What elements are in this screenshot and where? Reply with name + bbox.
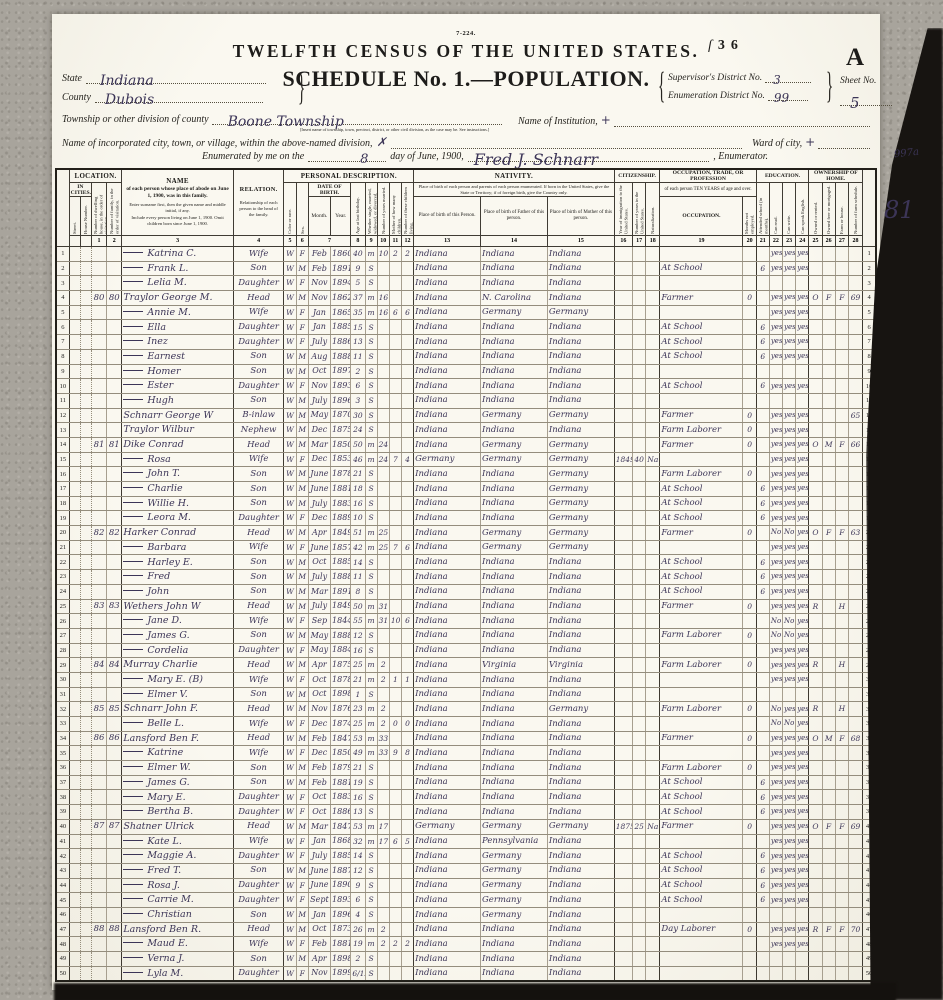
immigration-year: [614, 834, 632, 849]
street-cell: [69, 643, 80, 658]
age: 5: [351, 276, 365, 291]
can-speak-english: yes: [796, 496, 809, 511]
relation: Wife: [233, 540, 284, 555]
occupation: [660, 952, 743, 967]
marital-status: m: [365, 731, 377, 746]
children-living: [401, 423, 413, 438]
mother-of-how-many-children: [389, 819, 401, 834]
farm-or-house: [835, 349, 848, 364]
birth-year: 1889: [331, 511, 351, 526]
line-number-left: 8: [56, 349, 69, 364]
age: 4: [351, 907, 365, 922]
can-read: yes: [769, 247, 782, 262]
farm-or-house: [835, 335, 848, 350]
house-number-cell: [80, 966, 91, 981]
birth-month: Jan: [308, 305, 330, 320]
ditto-dash: [123, 942, 143, 943]
years-in-us-label: Number of years in the United States.: [634, 185, 645, 234]
person-name: Lelia M.: [122, 276, 233, 291]
can-read: yes: [769, 643, 782, 658]
owned-free-or-mortgaged: F: [822, 526, 835, 541]
place-of-birth: Indiana: [414, 687, 481, 702]
family-number: [107, 614, 122, 629]
dwelling-number: [91, 849, 106, 864]
line-number-left: 29: [56, 658, 69, 673]
can-read-label: Can read.: [773, 185, 778, 234]
mother-birthplace: Indiana: [547, 393, 614, 408]
father-birthplace: Germany: [481, 437, 548, 452]
naturalization-label: Naturalization.: [650, 185, 655, 234]
owned-or-rented: [809, 276, 822, 291]
months-not-employed: 0: [743, 761, 756, 776]
dwelling-number: [91, 570, 106, 585]
family-number: [107, 790, 122, 805]
relation: Daughter: [233, 893, 284, 908]
sex: M: [296, 819, 308, 834]
can-speak-english: yes: [796, 819, 809, 834]
can-write: [783, 966, 796, 981]
occupation: [660, 672, 743, 687]
relation: Son: [233, 570, 284, 585]
farm-schedule-number: [848, 320, 862, 335]
owned-or-rented: [809, 672, 822, 687]
naturalization: [646, 540, 660, 555]
naturalization: Na: [646, 819, 660, 834]
mother-of-how-many-children: 9: [389, 746, 401, 761]
sex: M: [296, 364, 308, 379]
street-cell: [69, 687, 80, 702]
column-number: 24: [796, 236, 809, 247]
place-of-birth: Indiana: [414, 746, 481, 761]
children-living: [401, 291, 413, 306]
can-write: yes: [783, 247, 796, 262]
children-living: [401, 570, 413, 585]
stamp-mark: ſ: [708, 38, 718, 53]
children-living: 2: [401, 247, 413, 262]
father-birthplace: Indiana: [481, 349, 548, 364]
farm-schedule-number: [848, 907, 862, 922]
sheet-no-label: Sheet No.: [840, 76, 876, 86]
farm-schedule-number: 65: [848, 408, 862, 423]
attended-school-months: [756, 819, 769, 834]
census-row: 26Jane D.WifeWFSep184455m31106IndianaInd…: [56, 614, 876, 629]
farm-schedule-number: [848, 893, 862, 908]
years-married: [377, 966, 389, 981]
occupation: [660, 717, 743, 732]
birth-year: 1885: [331, 320, 351, 335]
dwelling-number: [91, 423, 106, 438]
children-living: [401, 863, 413, 878]
sex: M: [296, 467, 308, 482]
farm-schedule-number: [848, 937, 862, 952]
census-row: 45Carrie M.DaughterWFSept18936SIndianaGe…: [56, 893, 876, 908]
can-read: yes: [769, 775, 782, 790]
pob-mother-header: Place of birth of Mother of this person.: [547, 197, 614, 236]
marital-status: S: [365, 276, 377, 291]
marital-status: S: [365, 467, 377, 482]
line-number-left: 30: [56, 672, 69, 687]
mother-of-how-many-children: [389, 291, 401, 306]
census-row: 27James G.SonWMMay188812SIndianaIndianaI…: [56, 628, 876, 643]
months-not-employed: [743, 335, 756, 350]
relation: Son: [233, 555, 284, 570]
farm-or-house: [835, 467, 848, 482]
birth-year: 1898: [331, 952, 351, 967]
birth-year: 1881: [331, 775, 351, 790]
column-number: 17: [633, 236, 646, 247]
can-speak-english: yes: [796, 555, 809, 570]
mother-birthplace: Indiana: [547, 687, 614, 702]
line-number-left: 32: [56, 702, 69, 717]
street-cell: [69, 437, 80, 452]
owned-free-or-mortgaged: [822, 511, 835, 526]
mother-of-how-many-children: [389, 320, 401, 335]
mother-of-children-label: Mother of how many children.: [391, 185, 402, 234]
farm-schedule-number: [848, 599, 862, 614]
birth-year: 1865: [331, 305, 351, 320]
mother-of-how-many-children: [389, 687, 401, 702]
house-number-cell: [80, 584, 91, 599]
children-living: [401, 496, 413, 511]
person-name: Kate L.: [122, 834, 233, 849]
mother-of-how-many-children: [389, 761, 401, 776]
house-number-cell: [80, 614, 91, 629]
ditto-dash: [123, 898, 143, 899]
sex: M: [296, 408, 308, 423]
column-number: 22: [769, 236, 782, 247]
family-number: [107, 482, 122, 497]
family-number: [107, 335, 122, 350]
immigration-year: [614, 746, 632, 761]
sex: F: [296, 614, 308, 629]
attended-school-months: 6: [756, 790, 769, 805]
street-cell: [69, 952, 80, 967]
mother-of-how-many-children: 2: [389, 247, 401, 262]
can-speak-english: yes: [796, 775, 809, 790]
farm-schedule-number: [848, 805, 862, 820]
can-read: yes: [769, 731, 782, 746]
street-cell: [69, 496, 80, 511]
birth-month: Aug: [308, 349, 330, 364]
months-not-employed: [743, 364, 756, 379]
months-not-employed: [743, 907, 756, 922]
children-living: [401, 790, 413, 805]
age: 13: [351, 335, 365, 350]
years-in-us: [633, 614, 646, 629]
family-number: [107, 746, 122, 761]
naturalization: [646, 966, 660, 981]
owned-or-rented: [809, 247, 822, 262]
street-cell: [69, 966, 80, 981]
ditto-dash: [123, 399, 143, 400]
age: 26: [351, 922, 365, 937]
line-number-left: 5: [56, 305, 69, 320]
marital-status: S: [365, 775, 377, 790]
can-read: No: [769, 702, 782, 717]
marital-status: S: [365, 379, 377, 394]
color-race: W: [284, 717, 296, 732]
ditto-dash: [123, 781, 143, 782]
mother-birthplace: Germany: [547, 408, 614, 423]
color-race: W: [284, 819, 296, 834]
immigration-year: [614, 672, 632, 687]
census-row: 31Elmer V.SonWMOct18981SIndianaIndianaIn…: [56, 687, 876, 702]
birth-year: 1881: [331, 482, 351, 497]
house-number-cell: [80, 922, 91, 937]
naturalization: [646, 893, 660, 908]
family-number: 85: [107, 702, 122, 717]
color-race: W: [284, 423, 296, 438]
months-not-employed: [743, 555, 756, 570]
dwelling-number: [91, 966, 106, 981]
can-write-header: Can write.: [783, 183, 796, 236]
immigration-year: [614, 570, 632, 585]
mother-of-children-header: Mother of how many children.: [389, 183, 401, 236]
street-cell: [69, 628, 80, 643]
line-number-left: 17: [56, 482, 69, 497]
relation: Head: [233, 291, 284, 306]
attended-school-months: [756, 687, 769, 702]
immigration-year-header: Year of immigration to the United States…: [614, 183, 632, 236]
children-living: [401, 628, 413, 643]
color-race-header: Color or race.: [284, 183, 296, 236]
sex: M: [296, 731, 308, 746]
father-birthplace: Germany: [481, 907, 548, 922]
relation: Daughter: [233, 379, 284, 394]
years-in-us: [633, 599, 646, 614]
immigration-year: [614, 790, 632, 805]
column-number: 27: [835, 236, 848, 247]
mother-birthplace: Indiana: [547, 805, 614, 820]
person-name: Carrie M.: [122, 893, 233, 908]
years-married: [377, 364, 389, 379]
farm-schedule-number: [848, 496, 862, 511]
age-label: Age at last birthday.: [355, 185, 360, 234]
dwelling-number-label: Number of dwelling house, in the order o…: [93, 185, 107, 234]
mother-birthplace: Indiana: [547, 834, 614, 849]
marital-status: m: [365, 702, 377, 717]
owned-free-or-mortgaged: [822, 261, 835, 276]
years-in-us: [633, 863, 646, 878]
occupation: [660, 907, 743, 922]
sex: M: [296, 555, 308, 570]
marital-status: m: [365, 291, 377, 306]
relation-group-header: RELATION. Relationship of each person to…: [233, 169, 284, 236]
color-race: W: [284, 658, 296, 673]
owned-or-rented: [809, 775, 822, 790]
line-number-left: 28: [56, 643, 69, 658]
street-cell: [69, 717, 80, 732]
street-cell: [69, 291, 80, 306]
mother-birthplace: Indiana: [547, 320, 614, 335]
attended-school-months: 6: [756, 570, 769, 585]
census-row: 38Mary E.DaughterWFOct188316SIndianaIndi…: [56, 790, 876, 805]
relation: Daughter: [233, 511, 284, 526]
house-number-label: House Number.: [83, 200, 88, 234]
children-living: [401, 261, 413, 276]
farm-schedule-number: [848, 658, 862, 673]
enumerated-mid-label: day of June, 1900,: [390, 151, 464, 162]
immigration-year: [614, 731, 632, 746]
marital-status: m: [365, 247, 377, 262]
relation: Son: [233, 907, 284, 922]
owned-or-rented: [809, 335, 822, 350]
census-row: 18Willie H.SonWMJuly188316SIndianaIndian…: [56, 496, 876, 511]
sex: M: [296, 423, 308, 438]
years-married: 2: [377, 672, 389, 687]
street-cell: [69, 937, 80, 952]
father-birthplace: Indiana: [481, 584, 548, 599]
can-write: yes: [783, 672, 796, 687]
immigration-year: [614, 658, 632, 673]
mother-of-how-many-children: [389, 393, 401, 408]
person-name: Harker Conrad: [122, 526, 233, 541]
sex: M: [296, 261, 308, 276]
line-number-left: 23: [56, 570, 69, 585]
age: 30: [351, 408, 365, 423]
age: 24: [351, 423, 365, 438]
father-birthplace: Germany: [481, 878, 548, 893]
person-name: Wethers John W: [122, 599, 233, 614]
supervisor-district-label: Supervisor's District No.: [668, 73, 762, 83]
street-cell: [69, 276, 80, 291]
attended-school-months: [756, 526, 769, 541]
column-number: 1: [91, 236, 106, 247]
street-cell: [69, 555, 80, 570]
can-write: yes: [783, 423, 796, 438]
name-desc-2: Enter surname first, then the given name…: [123, 201, 231, 214]
mother-birthplace: Indiana: [547, 731, 614, 746]
mother-birthplace: Indiana: [547, 643, 614, 658]
occupation: Farm Laborer: [660, 423, 743, 438]
farm-or-house: [835, 849, 848, 864]
farm-schedule-number: [848, 276, 862, 291]
color-race: W: [284, 834, 296, 849]
house-number-cell: [80, 320, 91, 335]
birth-year: 1879: [331, 761, 351, 776]
years-married: 2: [377, 922, 389, 937]
birth-year: 1891: [331, 261, 351, 276]
column-number: 8: [351, 236, 365, 247]
line-number-left: 9: [56, 364, 69, 379]
mother-of-how-many-children: [389, 643, 401, 658]
age: 8: [351, 584, 365, 599]
father-birthplace: Indiana: [481, 393, 548, 408]
attended-school-months: [756, 907, 769, 922]
line-number-left: 7: [56, 335, 69, 350]
mother-birthplace: Indiana: [547, 423, 614, 438]
person-name: Hugh: [122, 393, 233, 408]
dwelling-number: [91, 320, 106, 335]
attended-school-months: [756, 922, 769, 937]
children-living: [401, 482, 413, 497]
can-read: yes: [769, 452, 782, 467]
age: 49: [351, 746, 365, 761]
person-name: Mary E. (B): [122, 672, 233, 687]
street-cell: [69, 922, 80, 937]
house-number-cell: [80, 496, 91, 511]
attended-school-months: 6: [756, 511, 769, 526]
person-name: Fred T.: [122, 863, 233, 878]
years-married: 31: [377, 599, 389, 614]
relation: Wife: [233, 746, 284, 761]
attended-school-months: 6: [756, 379, 769, 394]
house-number-cell: [80, 790, 91, 805]
owned-or-rented: [809, 761, 822, 776]
farm-schedule-number: [848, 863, 862, 878]
relation: Wife: [233, 834, 284, 849]
street-cell: [69, 584, 80, 599]
mother-of-how-many-children: [389, 482, 401, 497]
can-speak-english: yes: [796, 452, 809, 467]
ditto-dash: [123, 281, 143, 282]
mother-of-how-many-children: [389, 775, 401, 790]
years-in-us: [633, 335, 646, 350]
birth-month: Sep: [308, 614, 330, 629]
immigration-year: [614, 937, 632, 952]
relation: Son: [233, 687, 284, 702]
owned-or-rented: [809, 937, 822, 952]
owned-free-or-mortgaged: [822, 878, 835, 893]
census-row: 2Frank L.SonWMFeb18919SIndianaIndianaInd…: [56, 261, 876, 276]
father-birthplace: Indiana: [481, 922, 548, 937]
color-race: W: [284, 922, 296, 937]
farm-or-house: [835, 966, 848, 981]
age: 21: [351, 672, 365, 687]
column-number: 6: [296, 236, 308, 247]
street-cell: [69, 819, 80, 834]
birth-year: 1890: [331, 878, 351, 893]
years-in-us: [633, 496, 646, 511]
father-birthplace: Indiana: [481, 761, 548, 776]
farm-or-house: F: [835, 819, 848, 834]
years-married: [377, 408, 389, 423]
birth-month: Jan: [308, 834, 330, 849]
place-of-birth: Indiana: [414, 790, 481, 805]
children-living: [401, 731, 413, 746]
sex: F: [296, 937, 308, 952]
years-in-us: [633, 364, 646, 379]
place-of-birth: Indiana: [414, 511, 481, 526]
color-race: W: [284, 863, 296, 878]
street-cell: [69, 452, 80, 467]
marital-status: S: [365, 761, 377, 776]
naturalization: [646, 907, 660, 922]
naturalization: [646, 849, 660, 864]
father-birthplace: Indiana: [481, 496, 548, 511]
attended-school-months: [756, 702, 769, 717]
dwelling-number: [91, 761, 106, 776]
birth-month: July: [308, 335, 330, 350]
occupation-column-header: OCCUPATION.: [660, 197, 743, 236]
can-read: yes: [769, 849, 782, 864]
ditto-dash: [123, 561, 143, 562]
months-not-employed: [743, 849, 756, 864]
children-living: [401, 966, 413, 981]
street-cell: [69, 790, 80, 805]
column-number: 26: [822, 236, 835, 247]
place-of-birth: Indiana: [414, 482, 481, 497]
father-birthplace: Indiana: [481, 628, 548, 643]
years-in-us: [633, 291, 646, 306]
can-read: No: [769, 526, 782, 541]
owned-or-rented: R: [809, 658, 822, 673]
can-read: No: [769, 717, 782, 732]
years-married: 17: [377, 834, 389, 849]
mother-of-how-many-children: 7: [389, 452, 401, 467]
children-living-header: Number of these children living.: [401, 183, 413, 236]
house-number-cell: [80, 952, 91, 967]
